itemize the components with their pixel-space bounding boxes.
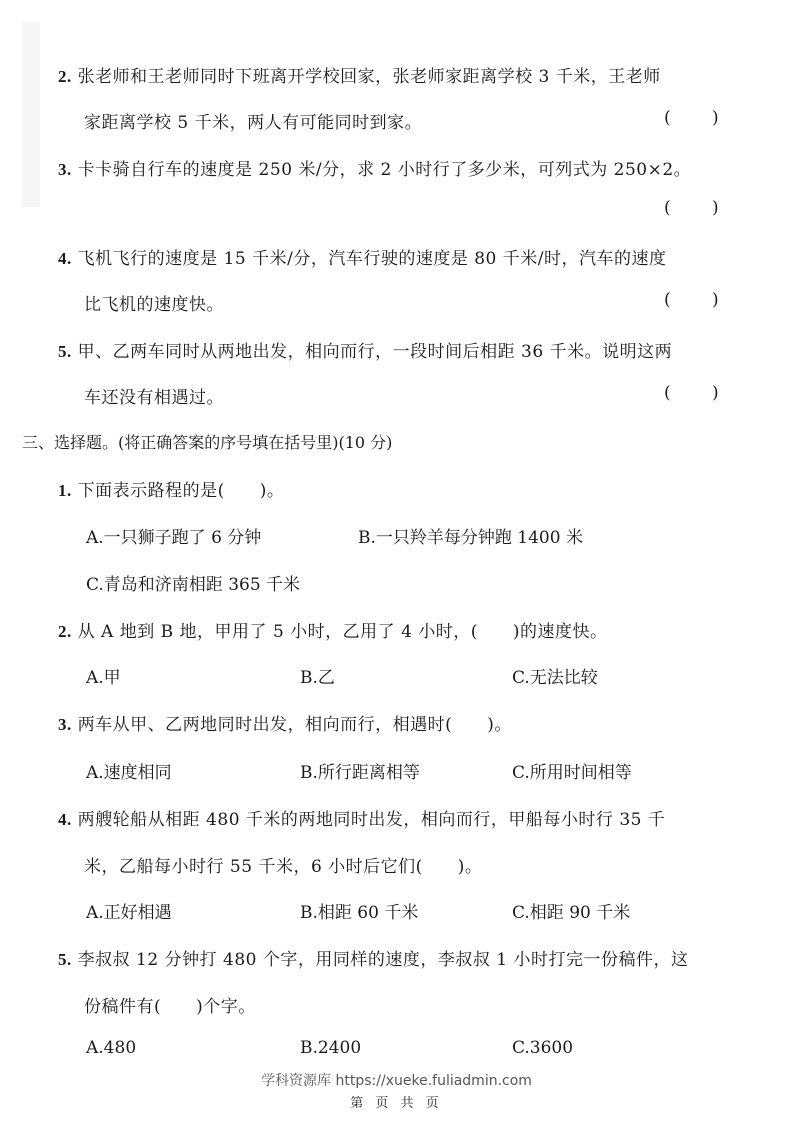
option-a[interactable]: A.正好相遇	[86, 898, 172, 923]
question-text: 下面表示路程的是( )。	[78, 481, 285, 501]
mc-question-5-line2: 份稿件有( )个字。	[84, 992, 256, 1017]
question-text: 李叔叔 12 分钟打 480 个字，用同样的速度，李叔叔 1 小时打完一份稿件，…	[78, 950, 689, 970]
option-b[interactable]: B.2400	[300, 1038, 361, 1058]
answer-bracket[interactable]: ( )	[664, 290, 737, 310]
question-number: 3.	[58, 160, 72, 179]
page-number: 第 页 共 页	[0, 1092, 793, 1111]
question-text: 从 A 地到 B 地，甲用了 5 小时，乙用了 4 小时，( )的速度快。	[78, 622, 608, 642]
tf-question-3-line1: 3. 卡卡骑自行车的速度是 250 米/分，求 2 小时行了多少米，可列式为 2…	[58, 155, 691, 180]
question-text: 两艘轮船从相距 480 千米的两地同时出发，相向而行，甲船每小时行 35 千	[78, 810, 666, 830]
option-a[interactable]: A.速度相同	[86, 758, 172, 783]
option-c[interactable]: C.相距 90 千米	[512, 898, 630, 923]
mc-question-3: 3. 两车从甲、乙两地同时出发，相向而行，相遇时( )。	[58, 710, 512, 735]
question-number: 2.	[58, 622, 72, 641]
option-b[interactable]: B.一只羚羊每分钟跑 1400 米	[358, 523, 583, 548]
option-a[interactable]: A.甲	[86, 663, 121, 688]
option-b[interactable]: B.所行距离相等	[300, 758, 420, 783]
option-c[interactable]: C.无法比较	[512, 663, 598, 688]
answer-bracket[interactable]: ( )	[664, 108, 737, 128]
tf-question-4-line2: 比飞机的速度快。	[84, 290, 224, 315]
question-text: 张老师和王老师同时下班离开学校回家，张老师家距离学校 3 千米，王老师	[78, 67, 661, 87]
mc-question-5-line1: 5. 李叔叔 12 分钟打 480 个字，用同样的速度，李叔叔 1 小时打完一份…	[58, 945, 688, 970]
question-text: 卡卡骑自行车的速度是 250 米/分，求 2 小时行了多少米，可列式为 250×…	[78, 160, 692, 180]
section-title: 三、选择题。(将正确答案的序号填在括号里)(10 分)	[22, 430, 392, 453]
mc-question-1: 1. 下面表示路程的是( )。	[58, 476, 284, 501]
option-a[interactable]: A.480	[86, 1038, 136, 1058]
tf-question-4-line1: 4. 飞机飞行的速度是 15 千米/分，汽车行驶的速度是 80 千米/时，汽车的…	[58, 244, 667, 269]
question-text: 飞机飞行的速度是 15 千米/分，汽车行驶的速度是 80 千米/时，汽车的速度	[78, 249, 667, 269]
question-number: 4.	[58, 810, 72, 829]
tf-question-2-line1: 2. 张老师和王老师同时下班离开学校回家，张老师家距离学校 3 千米，王老师	[58, 62, 661, 87]
tf-question-2-line2: 家距离学校 5 千米，两人有可能同时到家。	[84, 108, 422, 133]
mc-question-4-line2: 米，乙船每小时行 55 千米，6 小时后它们( )。	[84, 852, 482, 877]
mc-question-2: 2. 从 A 地到 B 地，甲用了 5 小时，乙用了 4 小时，( )的速度快。	[58, 617, 608, 642]
mc-question-4-line1: 4. 两艘轮船从相距 480 千米的两地同时出发，相向而行，甲船每小时行 35 …	[58, 805, 665, 830]
scan-shadow	[22, 22, 40, 207]
question-number: 4.	[58, 249, 72, 268]
question-number: 5.	[58, 342, 72, 361]
option-c[interactable]: C.所用时间相等	[512, 758, 632, 783]
option-c[interactable]: C.青岛和济南相距 365 千米	[86, 570, 300, 595]
source-watermark: 学科资源库 https://xueke.fuliadmin.com	[0, 1070, 793, 1090]
option-c[interactable]: C.3600	[512, 1038, 573, 1058]
question-number: 1.	[58, 481, 72, 500]
option-b[interactable]: B.相距 60 千米	[300, 898, 418, 923]
question-number: 3.	[58, 715, 72, 734]
option-b[interactable]: B.乙	[300, 663, 335, 688]
question-number: 5.	[58, 950, 72, 969]
question-text: 甲、乙两车同时从两地出发，相向而行，一段时间后相距 36 千米。说明这两	[78, 342, 672, 362]
answer-bracket[interactable]: ( )	[664, 198, 737, 218]
option-a[interactable]: A.一只狮子跑了 6 分钟	[86, 523, 261, 548]
tf-question-5-line2: 车还没有相遇过。	[84, 383, 224, 408]
tf-question-5-line1: 5. 甲、乙两车同时从两地出发，相向而行，一段时间后相距 36 千米。说明这两	[58, 337, 672, 362]
question-text: 两车从甲、乙两地同时出发，相向而行，相遇时( )。	[78, 715, 512, 735]
answer-bracket[interactable]: ( )	[664, 383, 737, 403]
question-number: 2.	[58, 67, 72, 86]
